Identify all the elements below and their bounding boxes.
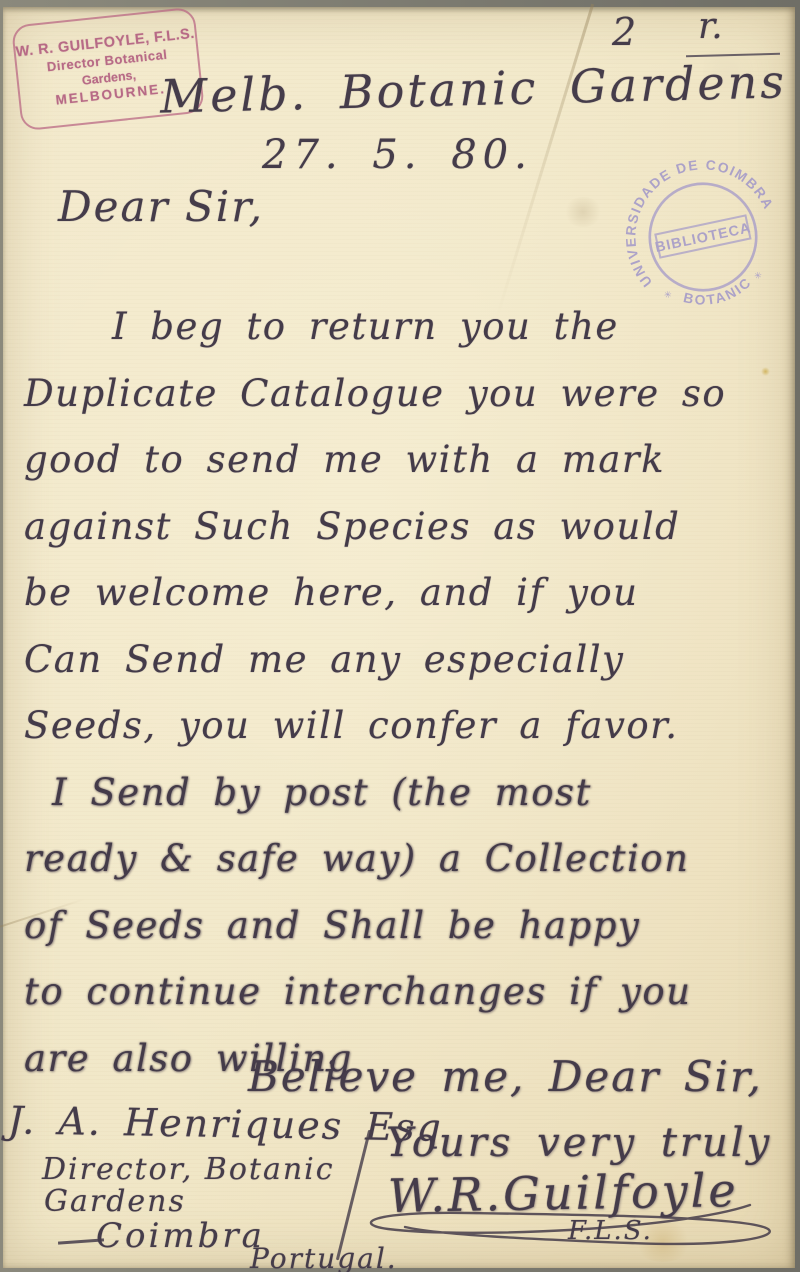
addressee-title-1: Director, Botanic — [42, 1152, 335, 1187]
body-line: good to send me with a mark — [24, 427, 788, 494]
scan-background: W. R. GUILFOYLE, F.L.S. Director Botanic… — [0, 0, 800, 1272]
body-line: I Send by post (the most — [24, 760, 788, 827]
library-stamp-star-right: ✳ — [753, 270, 763, 282]
svg-text:UNIVERSIDADE DE COIMBRA: UNIVERSIDADE DE COIMBRA — [607, 142, 788, 293]
body-line: be welcome here, and if you — [24, 560, 788, 627]
addressee-title-2: Gardens — [44, 1184, 186, 1219]
letter-body: I beg to return you the Duplicate Catalo… — [24, 294, 788, 1092]
addressee-country: Portugal. — [250, 1242, 398, 1272]
addressee-name: J. A. Henriques Esq — [8, 1098, 444, 1150]
salutation: Dear Sir, — [58, 182, 264, 231]
paper-stain — [563, 197, 603, 227]
body-line: Seeds, you will confer a favor. — [24, 693, 788, 760]
body-line: Duplicate Catalogue you were so — [24, 361, 788, 428]
signoff: Yours very truly — [386, 1120, 772, 1166]
folio-number: 2 — [612, 10, 636, 54]
letterhead-date: 27. 5. 80. — [262, 132, 533, 178]
body-line: I beg to return you the — [24, 294, 788, 361]
folio-letter: r. — [698, 6, 723, 47]
signature-flourish — [350, 1195, 790, 1255]
body-line: against Such Species as would — [24, 494, 788, 561]
body-line: Can Send me any especially — [24, 627, 788, 694]
library-stamp-center: BIBLIOTECA — [654, 220, 753, 256]
body-line: ready & safe way) a Collection — [24, 826, 788, 893]
body-line: of Seeds and Shall be happy — [24, 893, 788, 960]
addressee-city: Coimbra — [96, 1216, 265, 1256]
library-stamp-arc-top: UNIVERSIDADE DE COIMBRA — [607, 142, 788, 293]
valediction: Believe me, Dear Sir, — [248, 1052, 763, 1101]
body-line: to continue interchanges if you — [24, 959, 788, 1026]
